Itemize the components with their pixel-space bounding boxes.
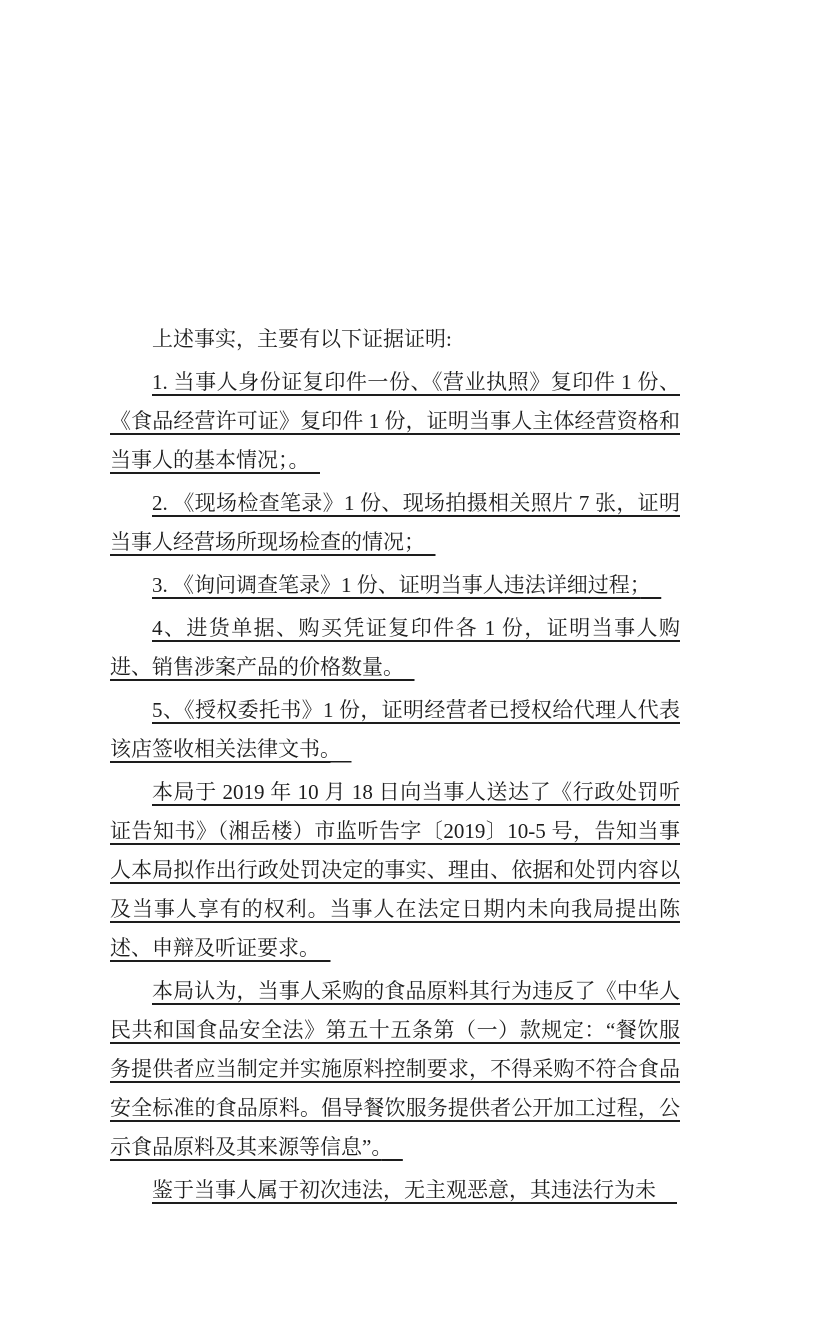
- hearing-notice-paragraph: 本局于 2019 年 10 月 18 日向当事人送达了《行政处罚听证告知书》（湘…: [110, 773, 680, 968]
- evidence-item-1: 1. 当事人身份证复印件一份、《营业执照》复印件 1 份、《食品经营许可证》复印…: [110, 363, 680, 480]
- mitigation-paragraph: 鉴于当事人属于初次违法，无主观恶意，其违法行为未: [110, 1171, 680, 1210]
- evidence-item-4: 4、进货单据、购买凭证复印件各 1 份，证明当事人购进、销售涉案产品的价格数量。: [110, 609, 680, 687]
- document-page: 上述事实，主要有以下证据证明: 1. 当事人身份证复印件一份、《营业执照》复印件…: [0, 0, 816, 1344]
- evidence-item-2: 2. 《现场检查笔录》1 份、现场拍摄相关照片 7 张，证明当事人经营场所现场检…: [110, 484, 680, 562]
- evidence-item-3: 3. 《询问调查笔录》1 份、证明当事人违法详细过程；: [110, 566, 680, 605]
- evidence-item-5: 5、《授权委托书》1 份，证明经营者已授权给代理人代表该店签收相关法律文书。: [110, 691, 680, 769]
- document-text-block: 上述事实，主要有以下证据证明: 1. 当事人身份证复印件一份、《营业执照》复印件…: [110, 320, 680, 1214]
- legal-finding-paragraph: 本局认为，当事人采购的食品原料其行为违反了《中华人民共和国食品安全法》第五十五条…: [110, 972, 680, 1167]
- paragraph-evidence-intro: 上述事实，主要有以下证据证明:: [110, 320, 680, 359]
- paragraph-list: 1. 当事人身份证复印件一份、《营业执照》复印件 1 份、《食品经营许可证》复印…: [110, 363, 680, 1210]
